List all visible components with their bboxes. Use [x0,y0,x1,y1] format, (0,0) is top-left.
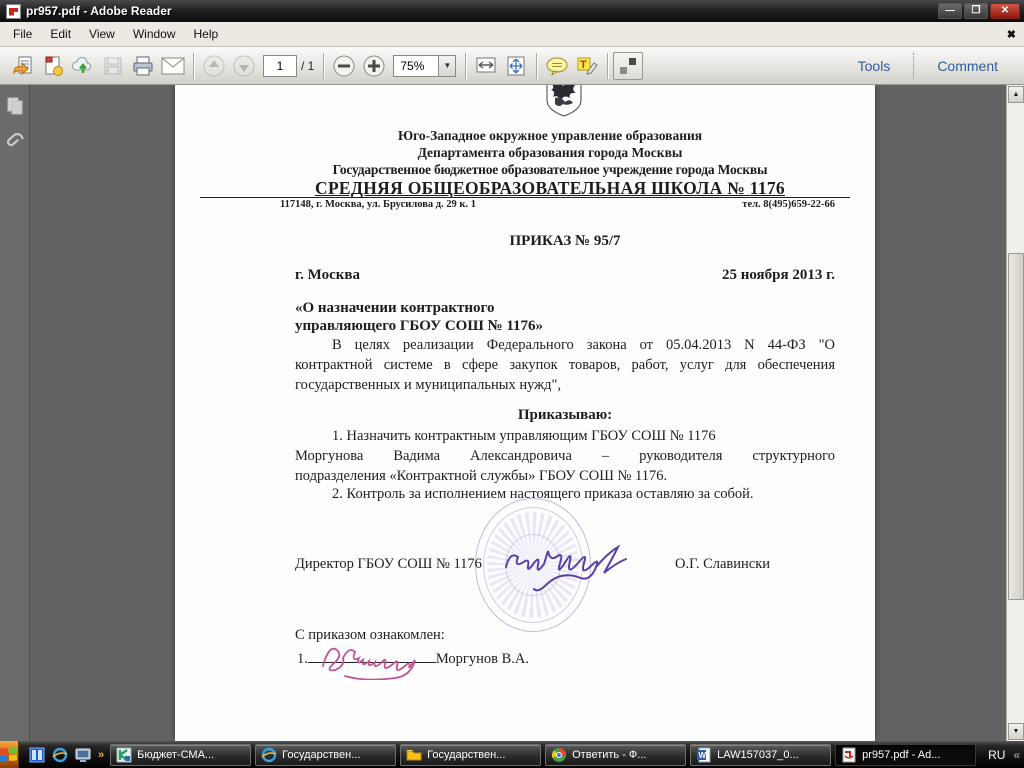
show-desktop-icon[interactable] [75,747,91,763]
windows-logo-icon [0,747,18,762]
taskbar-item-word[interactable]: W LAW157037_0... [690,744,831,766]
close-button[interactable]: ✕ [990,3,1020,19]
title-bar: pr957.pdf - Adobe Reader — ❐ ✕ [0,0,1024,22]
taskbar-item-ie[interactable]: Государствен... [255,744,396,766]
director-signature [500,533,655,595]
page-count-label: / 1 [301,59,314,73]
adobe-pdf-icon [841,747,857,763]
address: 117148, г. Москва, ул. Брусилова д. 29 к… [280,199,476,210]
prikaz-heading: Приказываю: [295,407,835,424]
school-name: СРЕДНЯЯ ОБЩЕОБРАЗОВАТЕЛЬНАЯ ШКОЛА № 1176 [270,178,830,199]
page-thumbnails-icon[interactable] [4,95,26,117]
preamble-line-2: контрактной системе в сфере закупок това… [295,356,835,376]
comment-button[interactable]: Comment [919,54,1016,78]
preamble-line-1: В целях реализации Федерального закона о… [295,336,835,356]
preamble-line-3: государственных и муниципальных нужд", [295,376,835,396]
budget-smart-icon [116,747,132,763]
order-number: ПРИКАЗ № 95/7 [295,233,835,250]
vertical-scrollbar[interactable]: ▲ ▼ [1006,85,1024,741]
director-label: Директор ГБОУ СОШ № 1176 [295,556,482,572]
letterhead-contacts: 117148, г. Москва, ул. Брусилова д. 29 к… [200,197,850,210]
zoom-level-select[interactable]: 75% ▼ [393,55,456,77]
pdf-page: Юго-Западное окружное управление образов… [175,85,875,741]
quick-launch-overflow-chevron[interactable]: » [98,749,102,761]
adobe-pdf-icon [6,4,21,19]
chrome-icon [551,747,567,763]
app-window-icon[interactable] [29,747,45,763]
org-line-1: Юго-Западное окружное управление образов… [270,128,830,144]
internet-explorer-icon[interactable] [52,747,68,763]
open-icon[interactable] [8,52,38,80]
org-line-2: Департамента образования города Москвы [270,145,830,161]
director-name: О.Г. Славински [675,556,770,573]
window-title: pr957.pdf - Adobe Reader [26,4,172,18]
chevron-down-icon[interactable]: ▼ [438,56,455,76]
task-buttons: Бюджет-СМА... Государствен... Государств… [110,744,980,766]
folder-icon [406,747,422,763]
page-number-input[interactable] [263,55,297,77]
screen: pr957.pdf - Adobe Reader — ❐ ✕ File Edit… [0,0,1024,768]
zoom-out-icon[interactable] [329,52,359,80]
fullscreen-icon[interactable] [613,52,643,80]
menu-edit[interactable]: Edit [41,24,80,44]
signature-row: Директор ГБОУ СОШ № 1176 О.Г. Славински [295,556,835,573]
acknowledgement-row: 1.Моргунов В.А. [297,650,529,668]
menu-window[interactable]: Window [124,24,185,44]
ack-name: Моргунов В.А. [436,651,529,667]
city-date-row: г. Москва 25 ноября 2013 г. [295,267,835,284]
create-pdf-icon[interactable] [38,52,68,80]
moscow-coat-of-arms [543,85,585,118]
previous-page-icon[interactable] [199,52,229,80]
order-subject: «О назначении контрактного управляющего … [295,299,835,335]
item1-line-2: Моргунова Вадима Александровича – руково… [295,447,835,467]
item1-line-1: 1. Назначить контрактным управляющим ГБО… [295,427,835,447]
date: 25 ноября 2013 г. [722,267,835,284]
svg-text:W: W [699,751,707,760]
svg-text:T: T [580,59,587,71]
email-icon[interactable] [158,52,188,80]
taskbar-item-pdf-active[interactable]: pr957.pdf - Ad... [835,744,976,766]
phone: тел. 8(495)659-22-66 [742,199,835,210]
tools-button[interactable]: Tools [840,54,909,78]
menu-view[interactable]: View [80,24,124,44]
zoom-level-value: 75% [394,59,438,73]
taskbar-item-budget-smart[interactable]: Бюджет-СМА... [110,744,251,766]
next-page-icon[interactable] [229,52,259,80]
document-close-icon[interactable]: ✖ [1007,28,1016,41]
scroll-down-icon[interactable]: ▼ [1008,723,1024,740]
scrollbar-thumb[interactable] [1008,253,1024,600]
internet-explorer-icon [261,747,277,763]
taskbar-item-chrome[interactable]: Ответить - Ф... [545,744,686,766]
menu-file[interactable]: File [4,24,41,44]
share-cloud-icon[interactable] [68,52,98,80]
attachments-icon[interactable] [4,131,26,153]
scroll-up-icon[interactable]: ▲ [1008,86,1024,103]
tray-collapse-chevron[interactable]: « [1013,748,1020,762]
taskbar-item-folder[interactable]: Государствен... [400,744,541,766]
document-area: Юго-Западное окружное управление образов… [0,85,1024,741]
system-tray: RU « 15:22 [980,748,1024,762]
restore-button[interactable]: ❐ [964,3,988,19]
sticky-note-icon[interactable] [542,52,572,80]
language-indicator[interactable]: RU [988,748,1005,762]
item1-line-3: подразделения «Контрактной службы» ГБОУ … [295,467,835,487]
taskbar: » Бюджет-СМА... Государствен... Государс… [0,741,1024,768]
navigation-pane [0,85,30,741]
menu-bar: File Edit View Window Help ✖ [0,22,1024,47]
toolbar: / 1 75% ▼ T Tools [0,47,1024,85]
quick-launch: » [19,747,110,763]
zoom-in-icon[interactable] [359,52,389,80]
fit-page-icon[interactable] [501,52,531,80]
print-icon[interactable] [128,52,158,80]
start-button[interactable] [0,741,19,768]
menu-help[interactable]: Help [185,24,228,44]
highlight-text-icon[interactable]: T [572,52,602,80]
word-icon: W [696,747,712,763]
city: г. Москва [295,267,360,284]
org-line-3: Государственное бюджетное образовательно… [270,162,830,178]
ack-number: 1. [297,651,308,667]
fit-width-icon[interactable] [471,52,501,80]
save-icon[interactable] [98,52,128,80]
morgunov-signature [315,636,445,680]
minimize-button[interactable]: — [938,3,962,19]
